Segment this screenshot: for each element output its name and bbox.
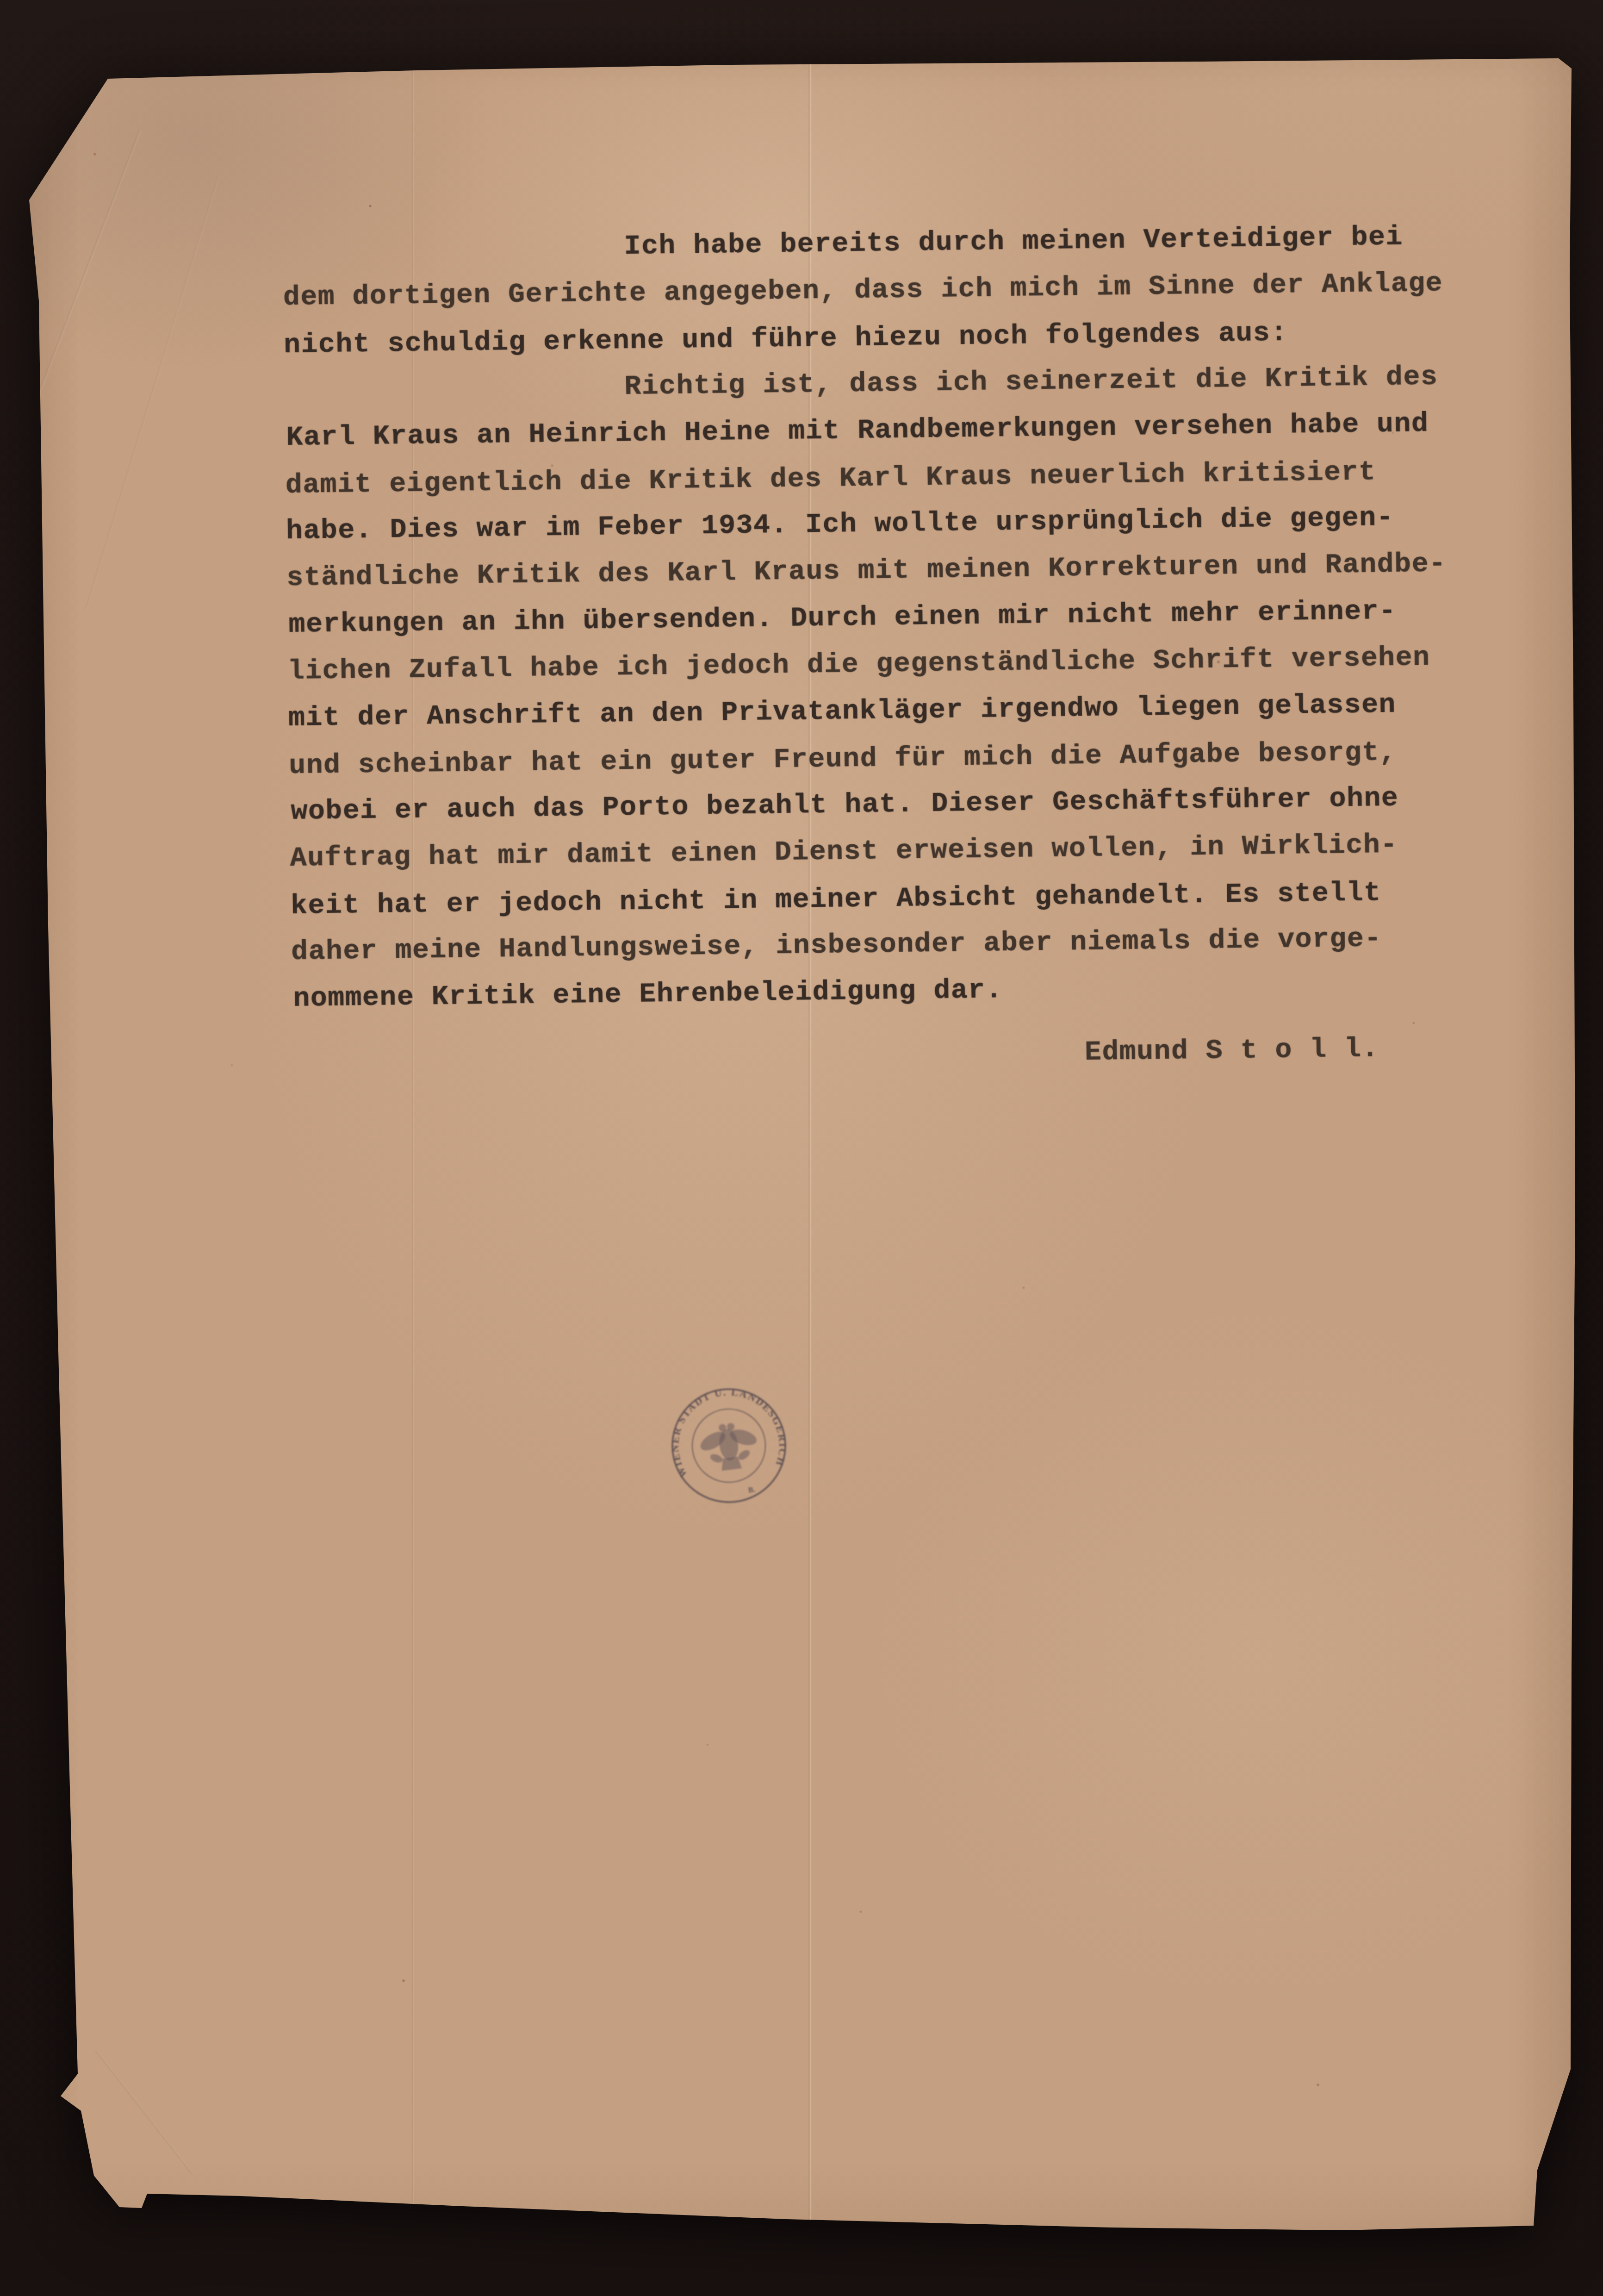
typed-text-block: Ich habe bereits durch meinen Verteidige… xyxy=(0,212,1603,1088)
letter-page: Ich habe bereits durch meinen Verteidige… xyxy=(0,0,1603,2296)
court-seal-stamp: WIENER STADT U. LANDESGERICHT B. xyxy=(659,1376,799,1516)
stamp-bottom-mark: B. xyxy=(748,1486,756,1495)
eagle-emblem-icon xyxy=(696,1420,762,1473)
paper-shadow-wrap: Ich habe bereits durch meinen Verteidige… xyxy=(0,0,1603,2296)
scan-photo-background: Ich habe bereits durch meinen Verteidige… xyxy=(0,0,1603,2296)
